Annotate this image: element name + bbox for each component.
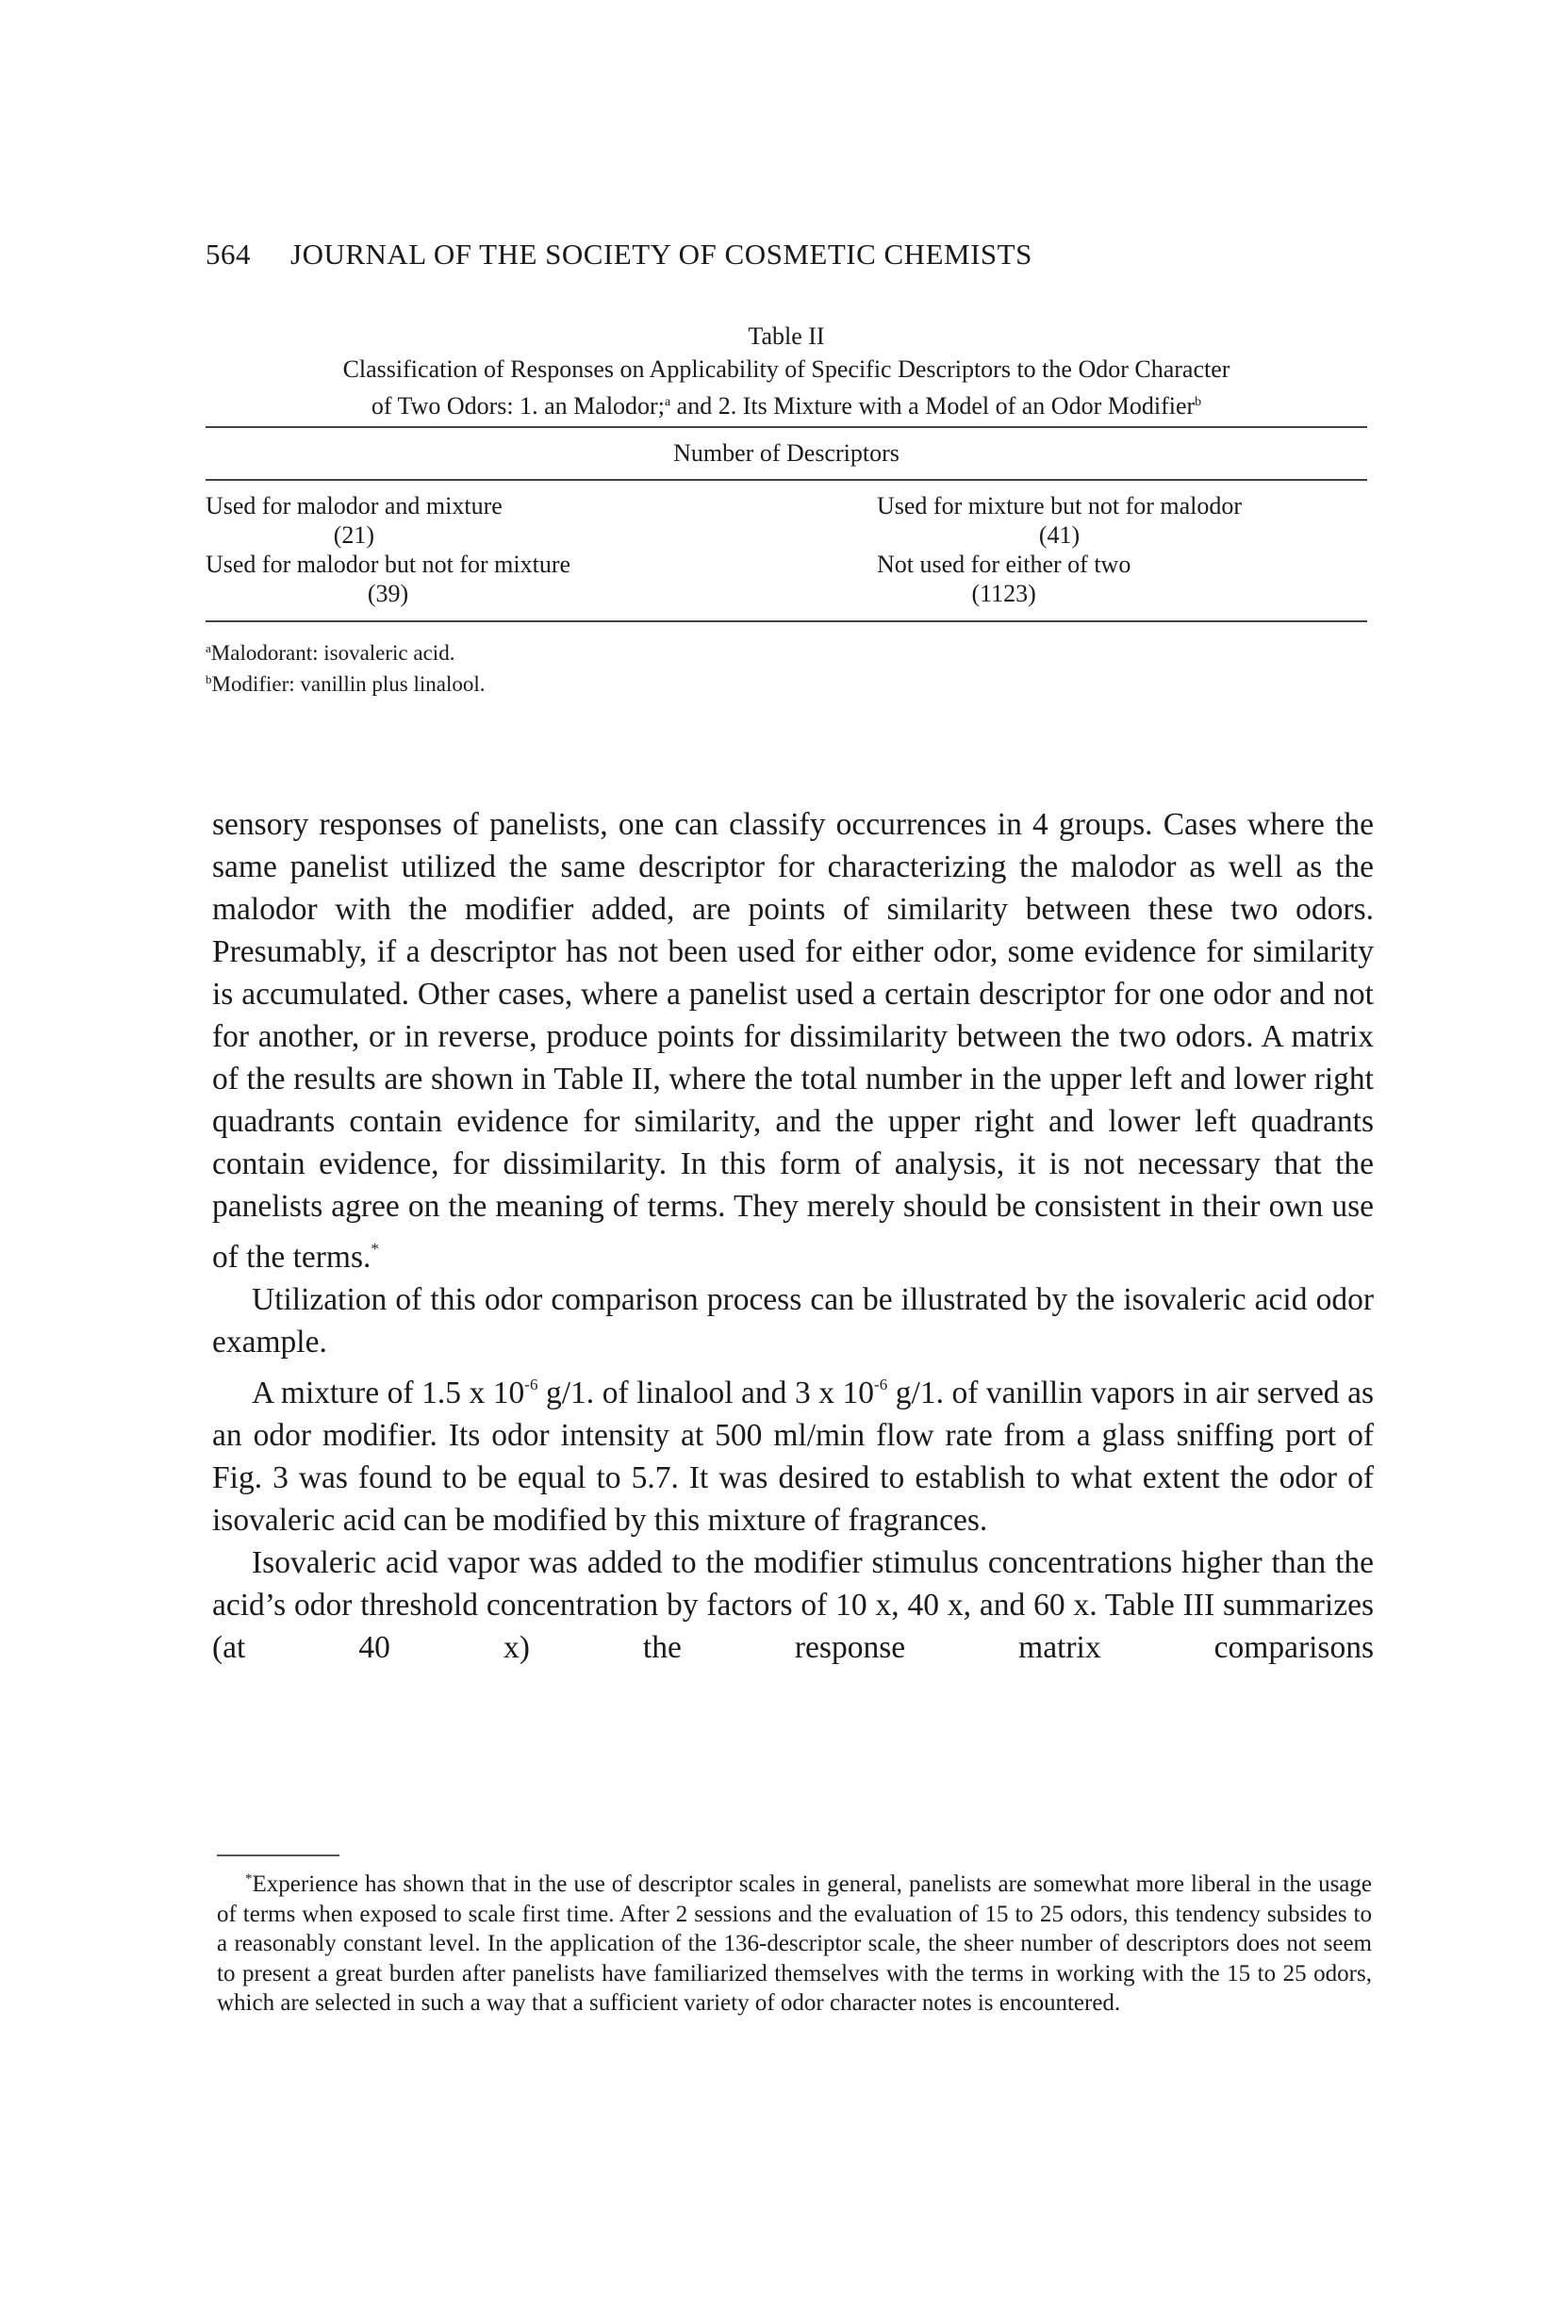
footnote-marker-b: b [1195, 395, 1201, 409]
footnote-ref: * [371, 1240, 379, 1258]
note-text: Malodorant: isovaleric acid. [211, 641, 455, 665]
table-cell-upper-right: Used for mixture but not for malodor (41… [877, 491, 1242, 550]
table-caption: Classification of Responses on Applicabi… [206, 353, 1367, 422]
paragraph-text: A mixture of 1.5 x 10 [252, 1376, 524, 1410]
footnote-paragraph: *Experience has shown that in the use of… [217, 1865, 1372, 2019]
table-caption-line-2: of Two Odors: 1. an Malodor;a and 2. Its… [206, 386, 1367, 422]
table-cell-lower-right: Not used for either of two (1123) [877, 550, 1131, 608]
running-header: 564JOURNAL OF THE SOCIETY OF COSMETIC CH… [206, 238, 1375, 272]
table-cell-upper-left: Used for malodor and mixture (21) [206, 491, 503, 550]
paragraph-text: sensory responses of panelists, one can … [212, 807, 1374, 1275]
table-notes: aMalodorant: isovaleric acid. bModifier:… [206, 635, 486, 698]
caption-text: of Two Odors: 1. an Malodor; [371, 392, 665, 420]
footnote-text: Experience has shown that in the use of … [217, 1871, 1372, 2016]
table-caption-line-1: Classification of Responses on Applicabi… [206, 353, 1367, 386]
cell-count: (21) [206, 520, 503, 550]
paragraph-1: sensory responses of panelists, one can … [212, 803, 1374, 1278]
cell-count: (41) [877, 520, 1242, 550]
page-number: 564 [206, 238, 290, 272]
table-title: Table II [206, 322, 1367, 351]
table-note: bModifier: vanillin plus linalool. [206, 667, 486, 698]
table-column-header: Number of Descriptors [206, 439, 1367, 468]
cell-label: Not used for either of two [877, 550, 1131, 579]
paragraph-text: g/1. of linalool and 3 x 10 [537, 1376, 874, 1410]
note-text: Modifier: vanillin plus linalool. [212, 672, 486, 696]
footnote-rule [217, 1854, 339, 1856]
table-bottom-rule [206, 620, 1367, 622]
cell-count: (39) [206, 579, 570, 608]
cell-label: Used for mixture but not for malodor [877, 491, 1242, 520]
cell-count: (1123) [877, 579, 1131, 608]
table-cell-lower-left: Used for malodor but not for mixture (39… [206, 550, 570, 608]
body-text: sensory responses of panelists, one can … [212, 803, 1374, 1669]
exponent: -6 [874, 1376, 887, 1393]
caption-text: and 2. Its Mixture with a Model of an Od… [670, 392, 1195, 420]
paragraph-4: Isovaleric acid vapor was added to the m… [212, 1541, 1374, 1669]
footnote-marker: * [245, 1871, 253, 1887]
paragraph-2: Utilization of this odor comparison proc… [212, 1278, 1374, 1363]
exponent: -6 [524, 1376, 537, 1393]
paragraph-3: A mixture of 1.5 x 10-6 g/1. of linalool… [212, 1363, 1374, 1541]
table-header-rule [206, 479, 1367, 481]
table-note: aMalodorant: isovaleric acid. [206, 635, 486, 667]
table-top-rule [206, 426, 1367, 428]
journal-title: JOURNAL OF THE SOCIETY OF COSMETIC CHEMI… [290, 238, 1032, 271]
cell-label: Used for malodor but not for mixture [206, 550, 570, 579]
footnote: *Experience has shown that in the use of… [217, 1865, 1372, 2019]
cell-label: Used for malodor and mixture [206, 491, 503, 520]
